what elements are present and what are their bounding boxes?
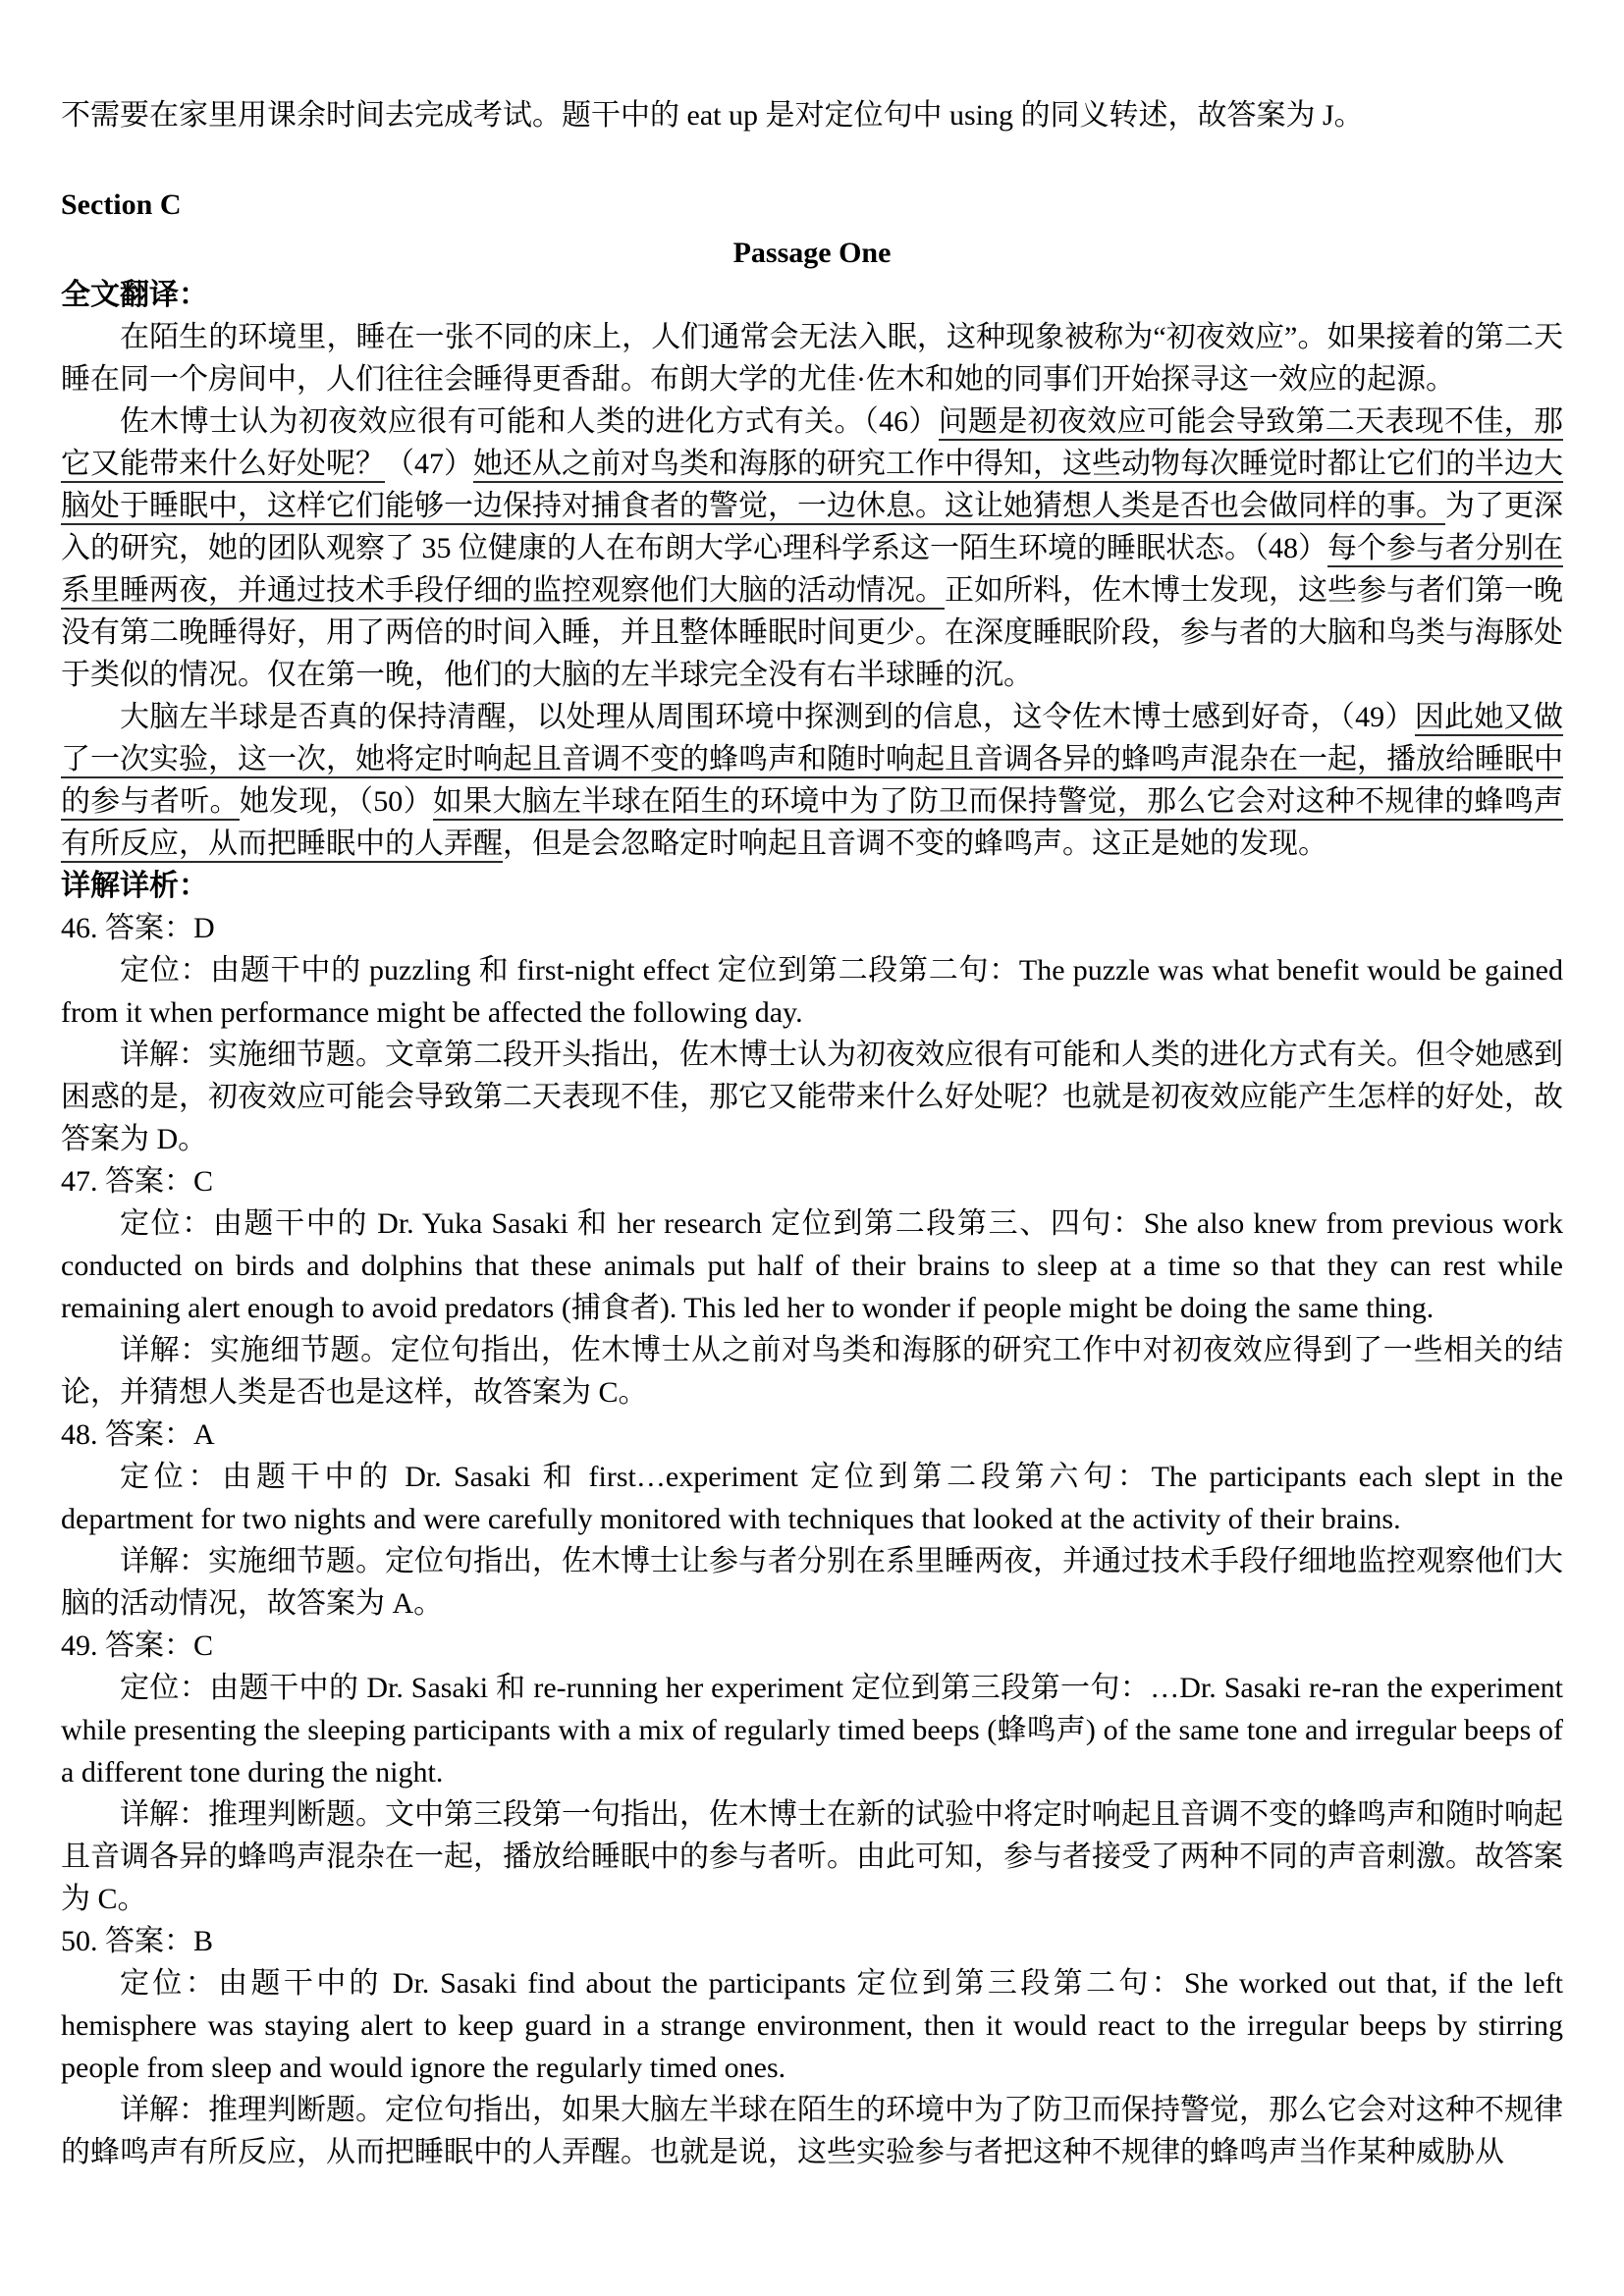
translation-paragraph: 在陌生的环境里，睡在一张不同的床上，人们通常会无法入眠，这种现象被称为“初夜效应… [61,316,1563,400]
section-heading: Section C [61,184,1563,226]
intro-note: 不需要在家里用课余时间去完成考试。题干中的 eat up 是对定位句中 usin… [61,94,1563,136]
translation-segment: 她发现，（50） [240,785,433,818]
document-page: 不需要在家里用课余时间去完成考试。题干中的 eat up 是对定位句中 usin… [0,0,1624,2296]
answer-line: 47. 答案：C [61,1160,1563,1202]
translation-segment: 佐木博士认为初夜效应很有可能和人类的进化方式有关。（46） [120,405,939,438]
explanation-paragraph: 详解：实施细节题。文章第二段开头指出，佐木博士认为初夜效应很有可能和人类的进化方… [61,1034,1563,1160]
answer-line: 49. 答案：C [61,1625,1563,1667]
explanation-paragraph: 详解：推理判断题。文中第三段第一句指出，佐木博士在新的试验中将定时响起且音调不变… [61,1793,1563,1920]
passage-heading: Passage One [61,232,1563,274]
location-paragraph: 定位：由题干中的 Dr. Sasaki 和 re-running her exp… [61,1667,1563,1793]
answer-line: 46. 答案：D [61,907,1563,949]
answer-line: 50. 答案：B [61,1920,1563,1962]
translation-segment: （47） [385,448,473,480]
location-paragraph: 定位：由题干中的 puzzling 和 first-night effect 定… [61,949,1563,1034]
explanation-paragraph: 详解：实施细节题。定位句指出，佐木博士让参与者分别在系里睡两夜，并通过技术手段仔… [61,1540,1563,1625]
answer-line: 48. 答案：A [61,1414,1563,1456]
location-paragraph: 定位：由题干中的 Dr. Yuka Sasaki 和 her research … [61,1202,1563,1329]
analysis-heading: 详解详析： [61,865,1563,907]
translation-paragraph: 佐木博士认为初夜效应很有可能和人类的进化方式有关。（46）问题是初夜效应可能会导… [61,400,1563,696]
translation-paragraph: 大脑左半球是否真的保持清醒，以处理从周围环境中探测到的信息，这令佐木博士感到好奇… [61,696,1563,865]
location-paragraph: 定位：由题干中的 Dr. Sasaki find about the parti… [61,1962,1563,2089]
analysis-items: 46. 答案：D定位：由题干中的 puzzling 和 first-night … [61,907,1563,2173]
explanation-paragraph: 详解：推理判断题。定位句指出，如果大脑左半球在陌生的环境中为了防卫而保持警觉，那… [61,2089,1563,2173]
translation-paragraphs: 在陌生的环境里，睡在一张不同的床上，人们通常会无法入眠，这种现象被称为“初夜效应… [61,316,1563,865]
location-paragraph: 定位：由题干中的 Dr. Sasaki 和 first…experiment 定… [61,1456,1563,1540]
translation-segment: 大脑左半球是否真的保持清醒，以处理从周围环境中探测到的信息，这令佐木博士感到好奇… [120,701,1415,733]
explanation-paragraph: 详解：实施细节题。定位句指出，佐木博士从之前对鸟类和海豚的研究工作中对初夜效应得… [61,1329,1563,1414]
translation-heading: 全文翻译： [61,274,1563,316]
translation-segment: ，但是会忽略定时响起且音调不变的蜂鸣声。这正是她的发现。 [503,828,1327,860]
translation-segment: 在陌生的环境里，睡在一张不同的床上，人们通常会无法入眠，这种现象被称为“初夜效应… [61,321,1563,396]
